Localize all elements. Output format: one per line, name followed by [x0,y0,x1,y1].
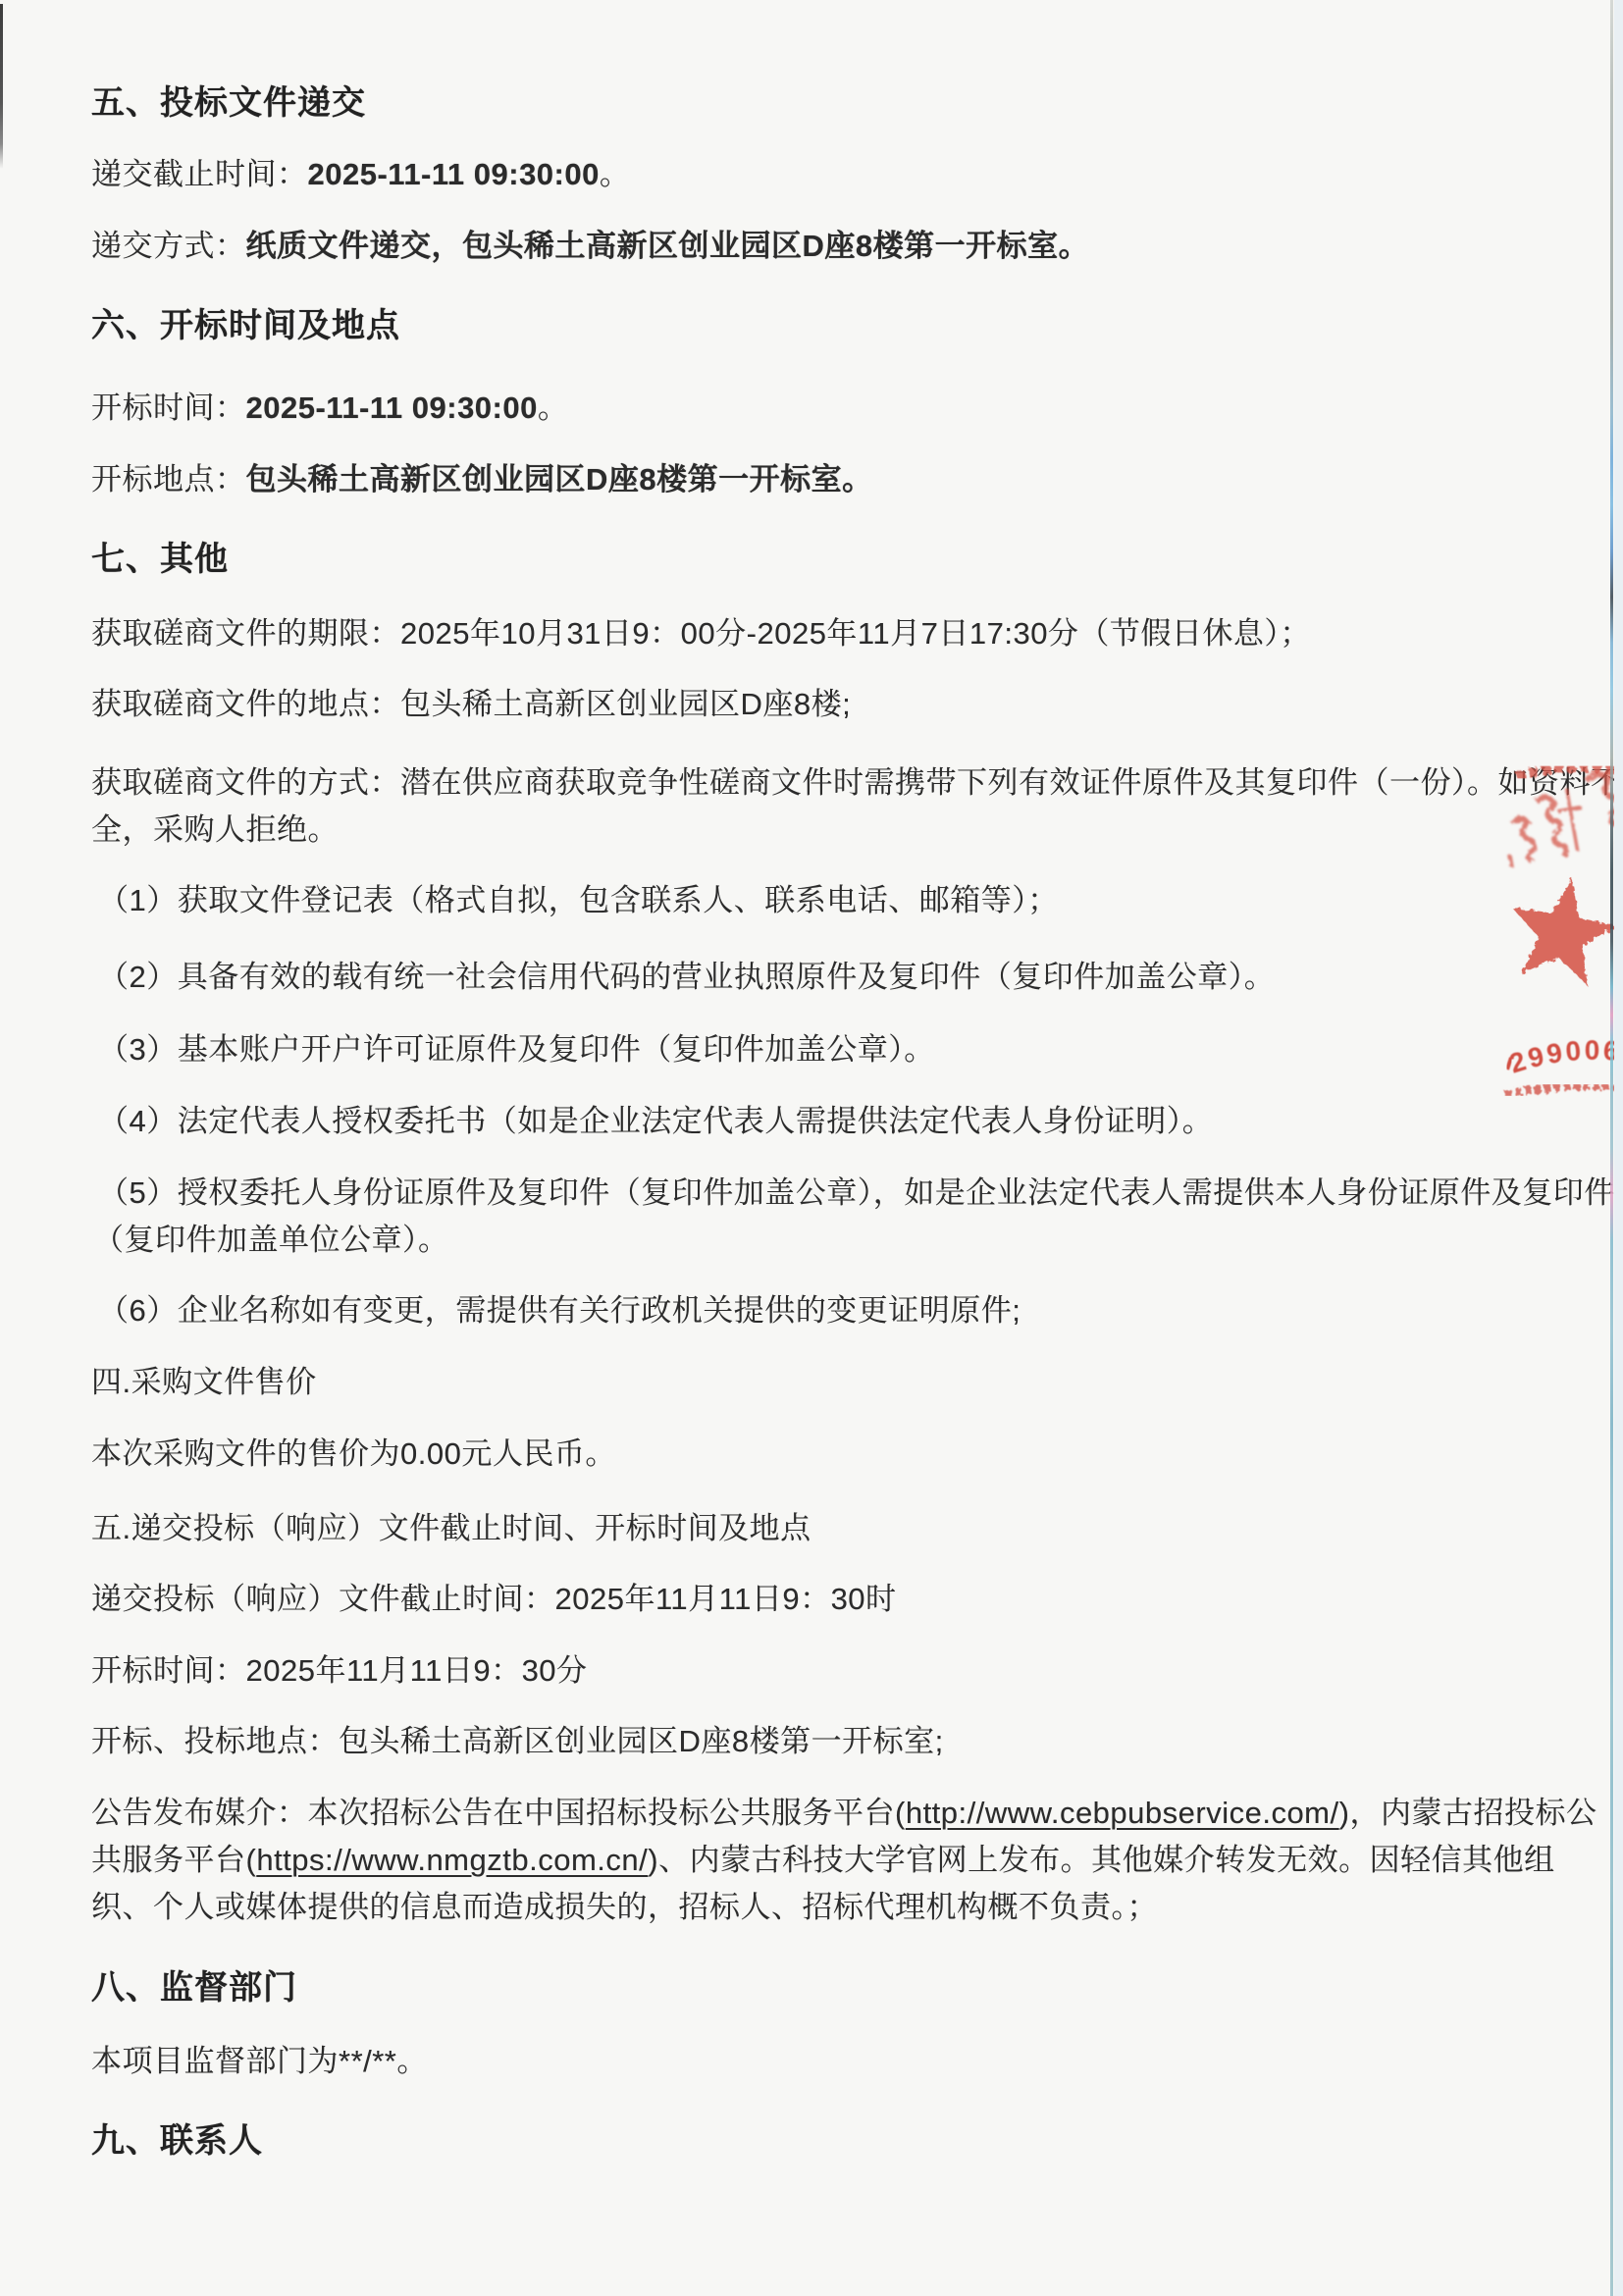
opening-place-line: 开标地点：包头稀土高新区创业园区D座8楼第一开标室。 [91,462,873,497]
submission-method-line: 递交方式：纸质文件递交，包头稀土高新区创业园区D座8楼第一开标室。 [91,229,1089,264]
right-edge-strip [1614,0,1623,2296]
media-line-2: 共服务平台(https://www.nmgztb.com.cn/)、内蒙古科技大… [91,1843,1555,1878]
requirement-item-5-line-2: （复印件加盖单位公章）。 [93,1223,449,1258]
requirement-item-5-line-1: （5）授权委托人身份证原件及复印件（复印件加盖公章），如是企业法定代表人需提供本… [98,1175,1615,1211]
obtain-place-line: 获取磋商文件的地点：包头稀土高新区创业园区D座8楼; [91,687,851,722]
obtain-method-line-2: 全，采购人拒绝。 [91,812,339,848]
opening-time-period: 。 [538,391,569,425]
section5-heading: 五、投标文件递交 [91,84,366,123]
submit-section-heading: 五.递交投标（响应）文件截止时间、开标时间及地点 [91,1511,811,1546]
submit-place-line: 开标、投标地点：包头稀土高新区创业园区D座8楼第一开标室; [91,1724,944,1759]
obtain-method-line-1: 获取磋商文件的方式：潜在供应商获取竞争性磋商文件时需携带下列有效证件原件及其复印… [91,765,1622,801]
section8-heading: 八、监督部门 [91,1969,297,2008]
method-label: 递交方式： [91,229,246,263]
sale-price-heading: 四.采购文件售价 [91,1365,317,1400]
opening-place-value: 包头稀土高新区创业园区D座8楼第一开标室。 [246,462,873,496]
red-seal-stamp: 29900675 [1456,746,1623,1119]
seal-ring-bottom-fragment [1505,1085,1623,1095]
section9-heading: 九、联系人 [91,2122,263,2161]
deadline-label: 递交截止时间： [91,157,308,191]
supervision-text: 本项目监督部门为**/**。 [91,2044,428,2079]
method-value: 纸质文件递交，包头稀土高新区创业园区D座8楼第一开标室。 [246,229,1090,263]
document-page: 五、投标文件递交 递交截止时间：2025-11-11 09:30:00。 递交方… [0,0,1623,2296]
section7-heading: 七、其他 [91,541,229,579]
requirement-item-2: （2）具备有效的载有统一社会信用代码的营业执照原件及复印件（复印件加盖公章）。 [98,960,1275,995]
deadline-value: 2025-11-11 09:30:00 [308,157,600,191]
opening-time-line: 开标时间：2025-11-11 09:30:00。 [91,391,568,426]
seal-star-icon [1500,868,1623,988]
opening-place-label: 开标地点： [91,462,246,496]
opening-time-label: 开标时间： [91,391,246,425]
submission-deadline-line: 递交截止时间：2025-11-11 09:30:00。 [91,157,630,192]
requirement-item-1: （1）获取文件登记表（格式自拟，包含联系人、联系电话、邮箱等）； [98,883,1059,918]
opening-time-value: 2025-11-11 09:30:00 [246,391,538,425]
left-scan-edge-artifact [0,4,3,169]
right-scan-line-artifact [1610,0,1613,2296]
seal-characters-fragment [1496,772,1623,871]
requirement-item-4: （4）法定代表人授权委托书（如是企业法定代表人需提供法定代表人身份证明）。 [98,1104,1213,1139]
nmgztb-url: https://www.nmgztb.com.cn/ [256,1843,648,1877]
deadline-period: 。 [600,157,631,191]
submit-open-time-line: 开标时间：2025年11月11日9：30分 [91,1653,588,1689]
sale-price-text: 本次采购文件的售价为0.00元人民币。 [91,1436,616,1472]
obtain-period-line: 获取磋商文件的期限：2025年10月31日9：00分-2025年11月7日17:… [91,616,1311,652]
media-line-3: 织、个人或媒体提供的信息而造成损失的，招标人、招标代理机构概不负责。； [91,1890,1158,1925]
requirement-item-3: （3）基本账户开户许可证原件及复印件（复印件加盖公章）。 [98,1032,935,1068]
media-line-1: 公告发布媒介：本次招标公告在中国招标投标公共服务平台(http://www.ce… [91,1796,1597,1831]
requirement-item-6: （6）企业名称如有变更，需提供有关行政机关提供的变更证明原件; [98,1293,1021,1329]
submit-deadline-line: 递交投标（响应）文件截止时间：2025年11月11日9：30时 [91,1582,897,1617]
cebpubservice-url: http://www.cebpubservice.com/ [906,1796,1339,1830]
section6-heading: 六、开标时间及地点 [91,307,400,345]
